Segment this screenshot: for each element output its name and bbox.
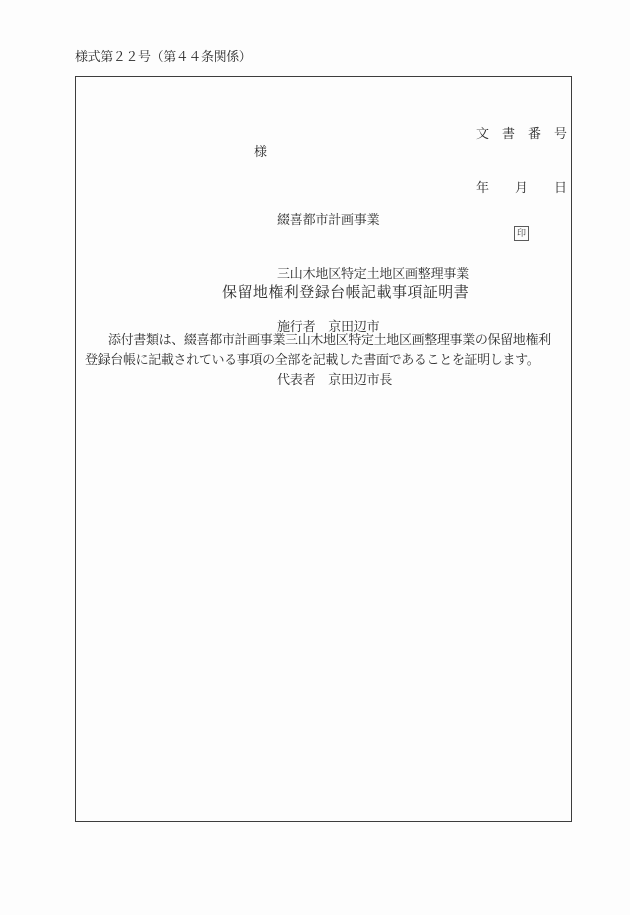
document-page: 様式第２２号（第４４条関係） 文 書 番 号 年 月 日 様 綴喜都市計画事業 … xyxy=(0,0,630,915)
seal-placeholder: 印 xyxy=(514,226,529,241)
document-title: 保留地権利登録台帳記載事項証明書 xyxy=(222,281,469,302)
issuer-district-line: 三山木地区特定土地区画整理事業 xyxy=(277,265,469,283)
certification-statement-line-1: 添付書類は、綴喜都市計画事業三山木地区特定土地区画整理事業の保留地権利 xyxy=(85,330,560,350)
date-line: 年 月 日 xyxy=(476,179,567,197)
issuer-representative-line: 代表者 京田辺市長 xyxy=(277,371,469,389)
recipient-honorific: 様 xyxy=(254,141,267,160)
document-frame: 文 書 番 号 年 月 日 様 綴喜都市計画事業 三山木地区特定土地区画整理事業… xyxy=(75,76,572,822)
certification-statement-line-2: 登録台帳に記載されている事項の全部を記載した書面であることを証明します。 xyxy=(85,350,560,370)
issuer-project-line: 綴喜都市計画事業 xyxy=(277,211,469,229)
certification-statement: 添付書類は、綴喜都市計画事業三山木地区特定土地区画整理事業の保留地権利 登録台帳… xyxy=(85,330,560,370)
document-number-line: 文 書 番 号 xyxy=(476,125,567,143)
form-number-label: 様式第２２号（第４４条関係） xyxy=(75,46,251,65)
document-number-date-block: 文 書 番 号 年 月 日 xyxy=(476,89,567,233)
